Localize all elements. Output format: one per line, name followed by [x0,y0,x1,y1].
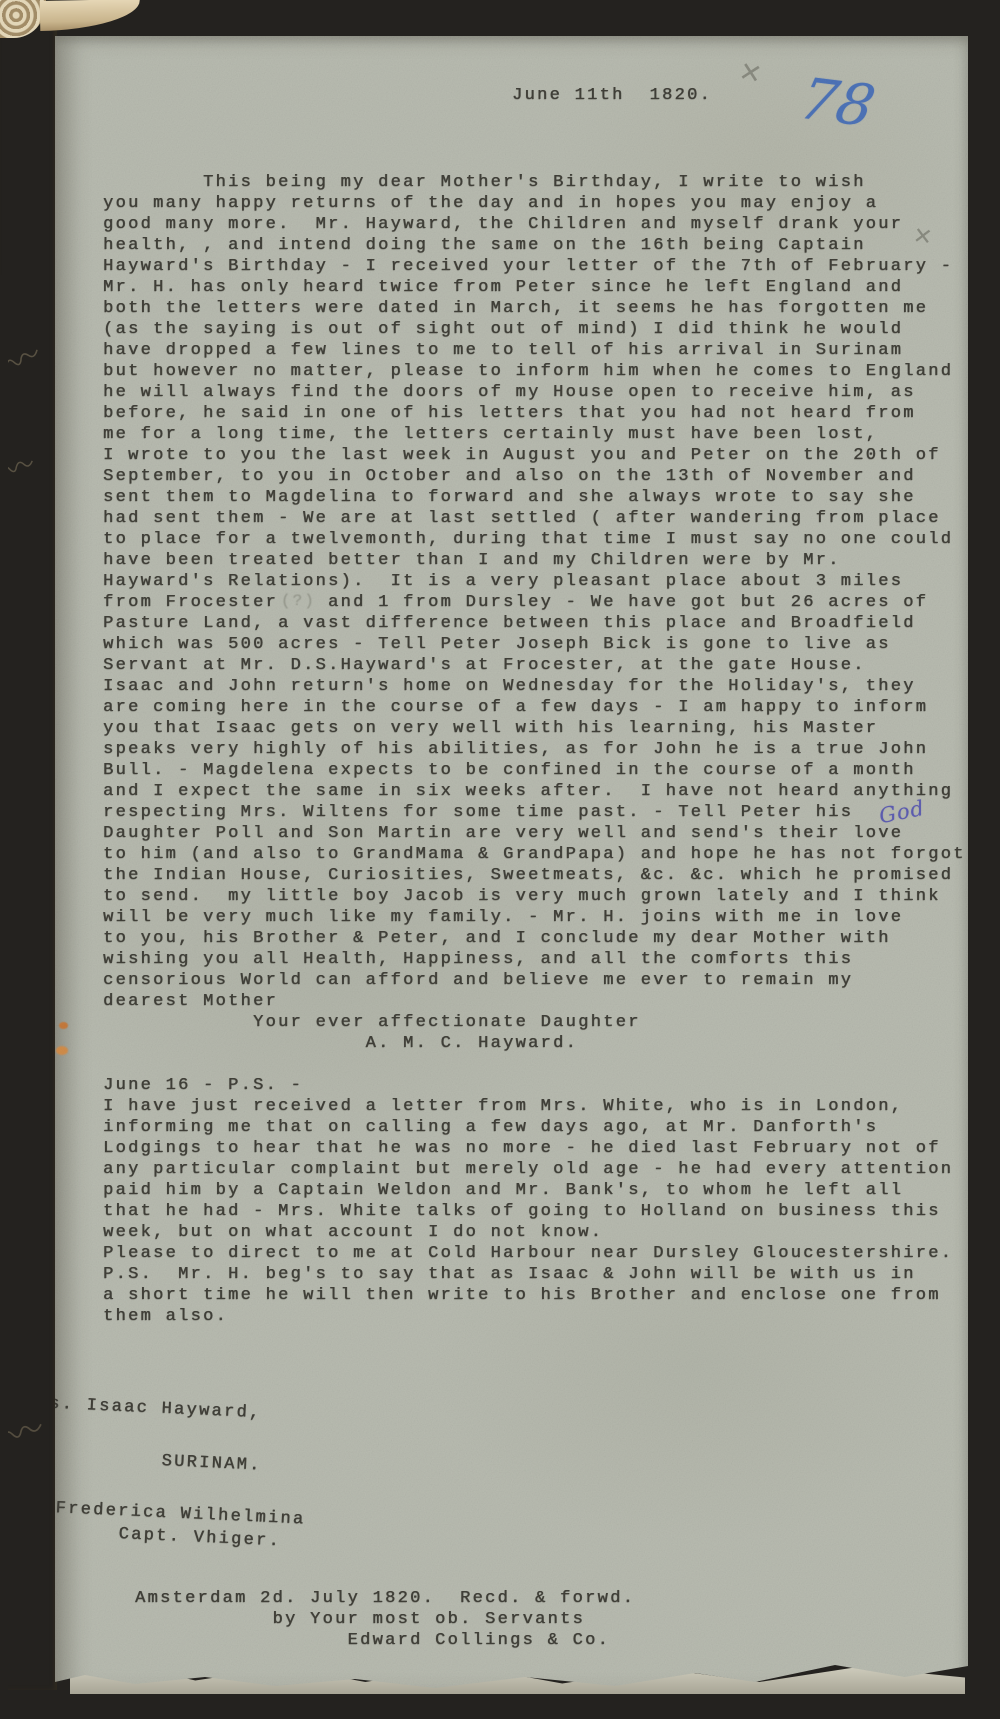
typed-line: This being my dear Mother's Birthday, I … [103,172,1000,193]
date-line: June 11th 1820. [512,86,712,105]
typed-line: good many more. Mr. Hayward, the Childre… [103,214,1000,235]
typed-line: Please to direct to me at Cold Harbour n… [103,1243,1000,1264]
typed-line: are coming here in the course of a few d… [103,697,1000,718]
typed-line: the Indian House, Curiosities, Sweetmeat… [103,865,1000,886]
typed-line: health, , and intend doing the same on t… [103,235,1000,256]
typed-line: week, but on what account I do not know. [103,1222,1000,1243]
typed-line: had sent them - We are at last settled (… [103,508,1000,529]
typed-line: to send. my little boy Jacob is very muc… [103,886,1000,907]
typed-line: Isaac and John return's home on Wednesda… [103,676,1000,697]
typed-line: before, he said in one of his letters th… [103,403,1000,424]
typed-line: censorious World can afford and believe … [103,970,1000,991]
typed-line: a short time he will then write to his B… [103,1285,1000,1306]
typed-line: respecting Mrs. Wiltens for some time pa… [103,802,1000,823]
scanned-letter-photograph: June 11th 1820. ✕ 78 ✕ This being my dea… [0,0,1000,1719]
letter-sheet: June 11th 1820. ✕ 78 ✕ This being my dea… [55,36,968,1696]
typed-line: have dropped a few lines to me to tell o… [103,340,1000,361]
address-line: rs. Isaac Hayward, [36,1394,262,1423]
typed-line: to you, his Brother & Peter, and I concl… [103,928,1000,949]
typed-line: Lodgings to hear that he was no more - h… [103,1138,1000,1159]
typed-line: paid him by a Captain Weldon and Mr. Ban… [103,1180,1000,1201]
typed-line: Your ever affectionate Daughter [103,1012,1000,1033]
typed-line: (as the saying is out of sight out of mi… [103,319,1000,340]
typed-line: Servant at Mr. D.S.Hayward's at Froceste… [103,655,1000,676]
address-line: SURINAM. [161,1452,262,1476]
typed-line: any particular complaint but merely old … [103,1159,1000,1180]
typed-line: Amsterdam 2d. July 1820. Recd. & forwd. [135,1588,635,1609]
pencil-x-mark-icon: ✕ [736,56,765,91]
typed-line: dearest Mother [103,991,1000,1012]
typed-line: A. M. C. Hayward. [103,1033,1000,1054]
typed-line: you that Isaac gets on very well with hi… [103,718,1000,739]
typed-line: which was 500 acres - Tell Peter Joseph … [103,634,1000,655]
typed-line: Mr. H. has only heard twice from Peter s… [103,277,1000,298]
typed-line: will be very much like my family. - Mr. … [103,907,1000,928]
typed-line: speaks very highly of his abilities, as … [103,739,1000,760]
forwarding-note: Amsterdam 2d. July 1820. Recd. & forwd. … [135,1588,635,1651]
typed-line: that he had - Mrs. White talks of going … [103,1201,1000,1222]
typed-line: you many happy returns of the day and in… [103,193,1000,214]
typed-line: me for a long time, the letters certainl… [103,424,1000,445]
typed-line: from Frocester and 1 from Dursley - We h… [103,592,1000,613]
typed-line: Edward Collings & Co. [135,1630,635,1651]
typed-line: but however no matter, please to inform … [103,361,1000,382]
typed-line: informing me that on calling a few days … [103,1117,1000,1138]
typed-line: wishing you all Health, Happiness, and a… [103,949,1000,970]
typed-line: them also. [103,1306,1000,1327]
typed-line: and I expect the same in six weeks after… [103,781,1000,802]
typed-line: Bull. - Magdelena expects to be confined… [103,760,1000,781]
typed-line: sent them to Magdelina to forward and sh… [103,487,1000,508]
typed-line: June 16 - P.S. - [103,1075,1000,1096]
curled-page-edge [40,0,141,31]
typed-line: to him (and also to GrandMama & GrandPap… [103,844,1000,865]
erased-query-mark: (?) [281,592,316,610]
letter-body: This being my dear Mother's Birthday, I … [103,172,1000,1327]
typed-line: I have just received a letter from Mrs. … [103,1096,1000,1117]
typed-line: by Your most ob. Servants [135,1609,635,1630]
typed-line: September, to you in October and also on… [103,466,1000,487]
typed-line: Hayward's Relations). It is a very pleas… [103,571,1000,592]
page-number-handwritten: 78 [794,66,881,140]
typed-line: Daughter Poll and Son Martin are very we… [103,823,1000,844]
typed-line: P.S. Mr. H. beg's to say that as Isaac &… [103,1264,1000,1285]
typed-line: he will always find the doors of my Hous… [103,382,1000,403]
address-line: Capt. Vhiger. [118,1525,281,1551]
stain-speck [59,1022,68,1029]
address-line: . Frederica Wilhelmina [30,1498,306,1529]
typed-line: both the letters were dated in March, it… [103,298,1000,319]
typed-line: Hayward's Birthday - I received your let… [103,256,1000,277]
book-page-edges [0,0,57,1690]
gutter-shadow [0,275,8,1695]
typed-line: Pasture Land, a vast difference between … [103,613,1000,634]
typed-line: have been treated better than I and my C… [103,550,1000,571]
typed-line [103,1054,1000,1075]
typed-line: I wrote to you the last week in August y… [103,445,1000,466]
typed-line: to place for a twelvemonth, during that … [103,529,1000,550]
stain-speck [56,1046,68,1055]
